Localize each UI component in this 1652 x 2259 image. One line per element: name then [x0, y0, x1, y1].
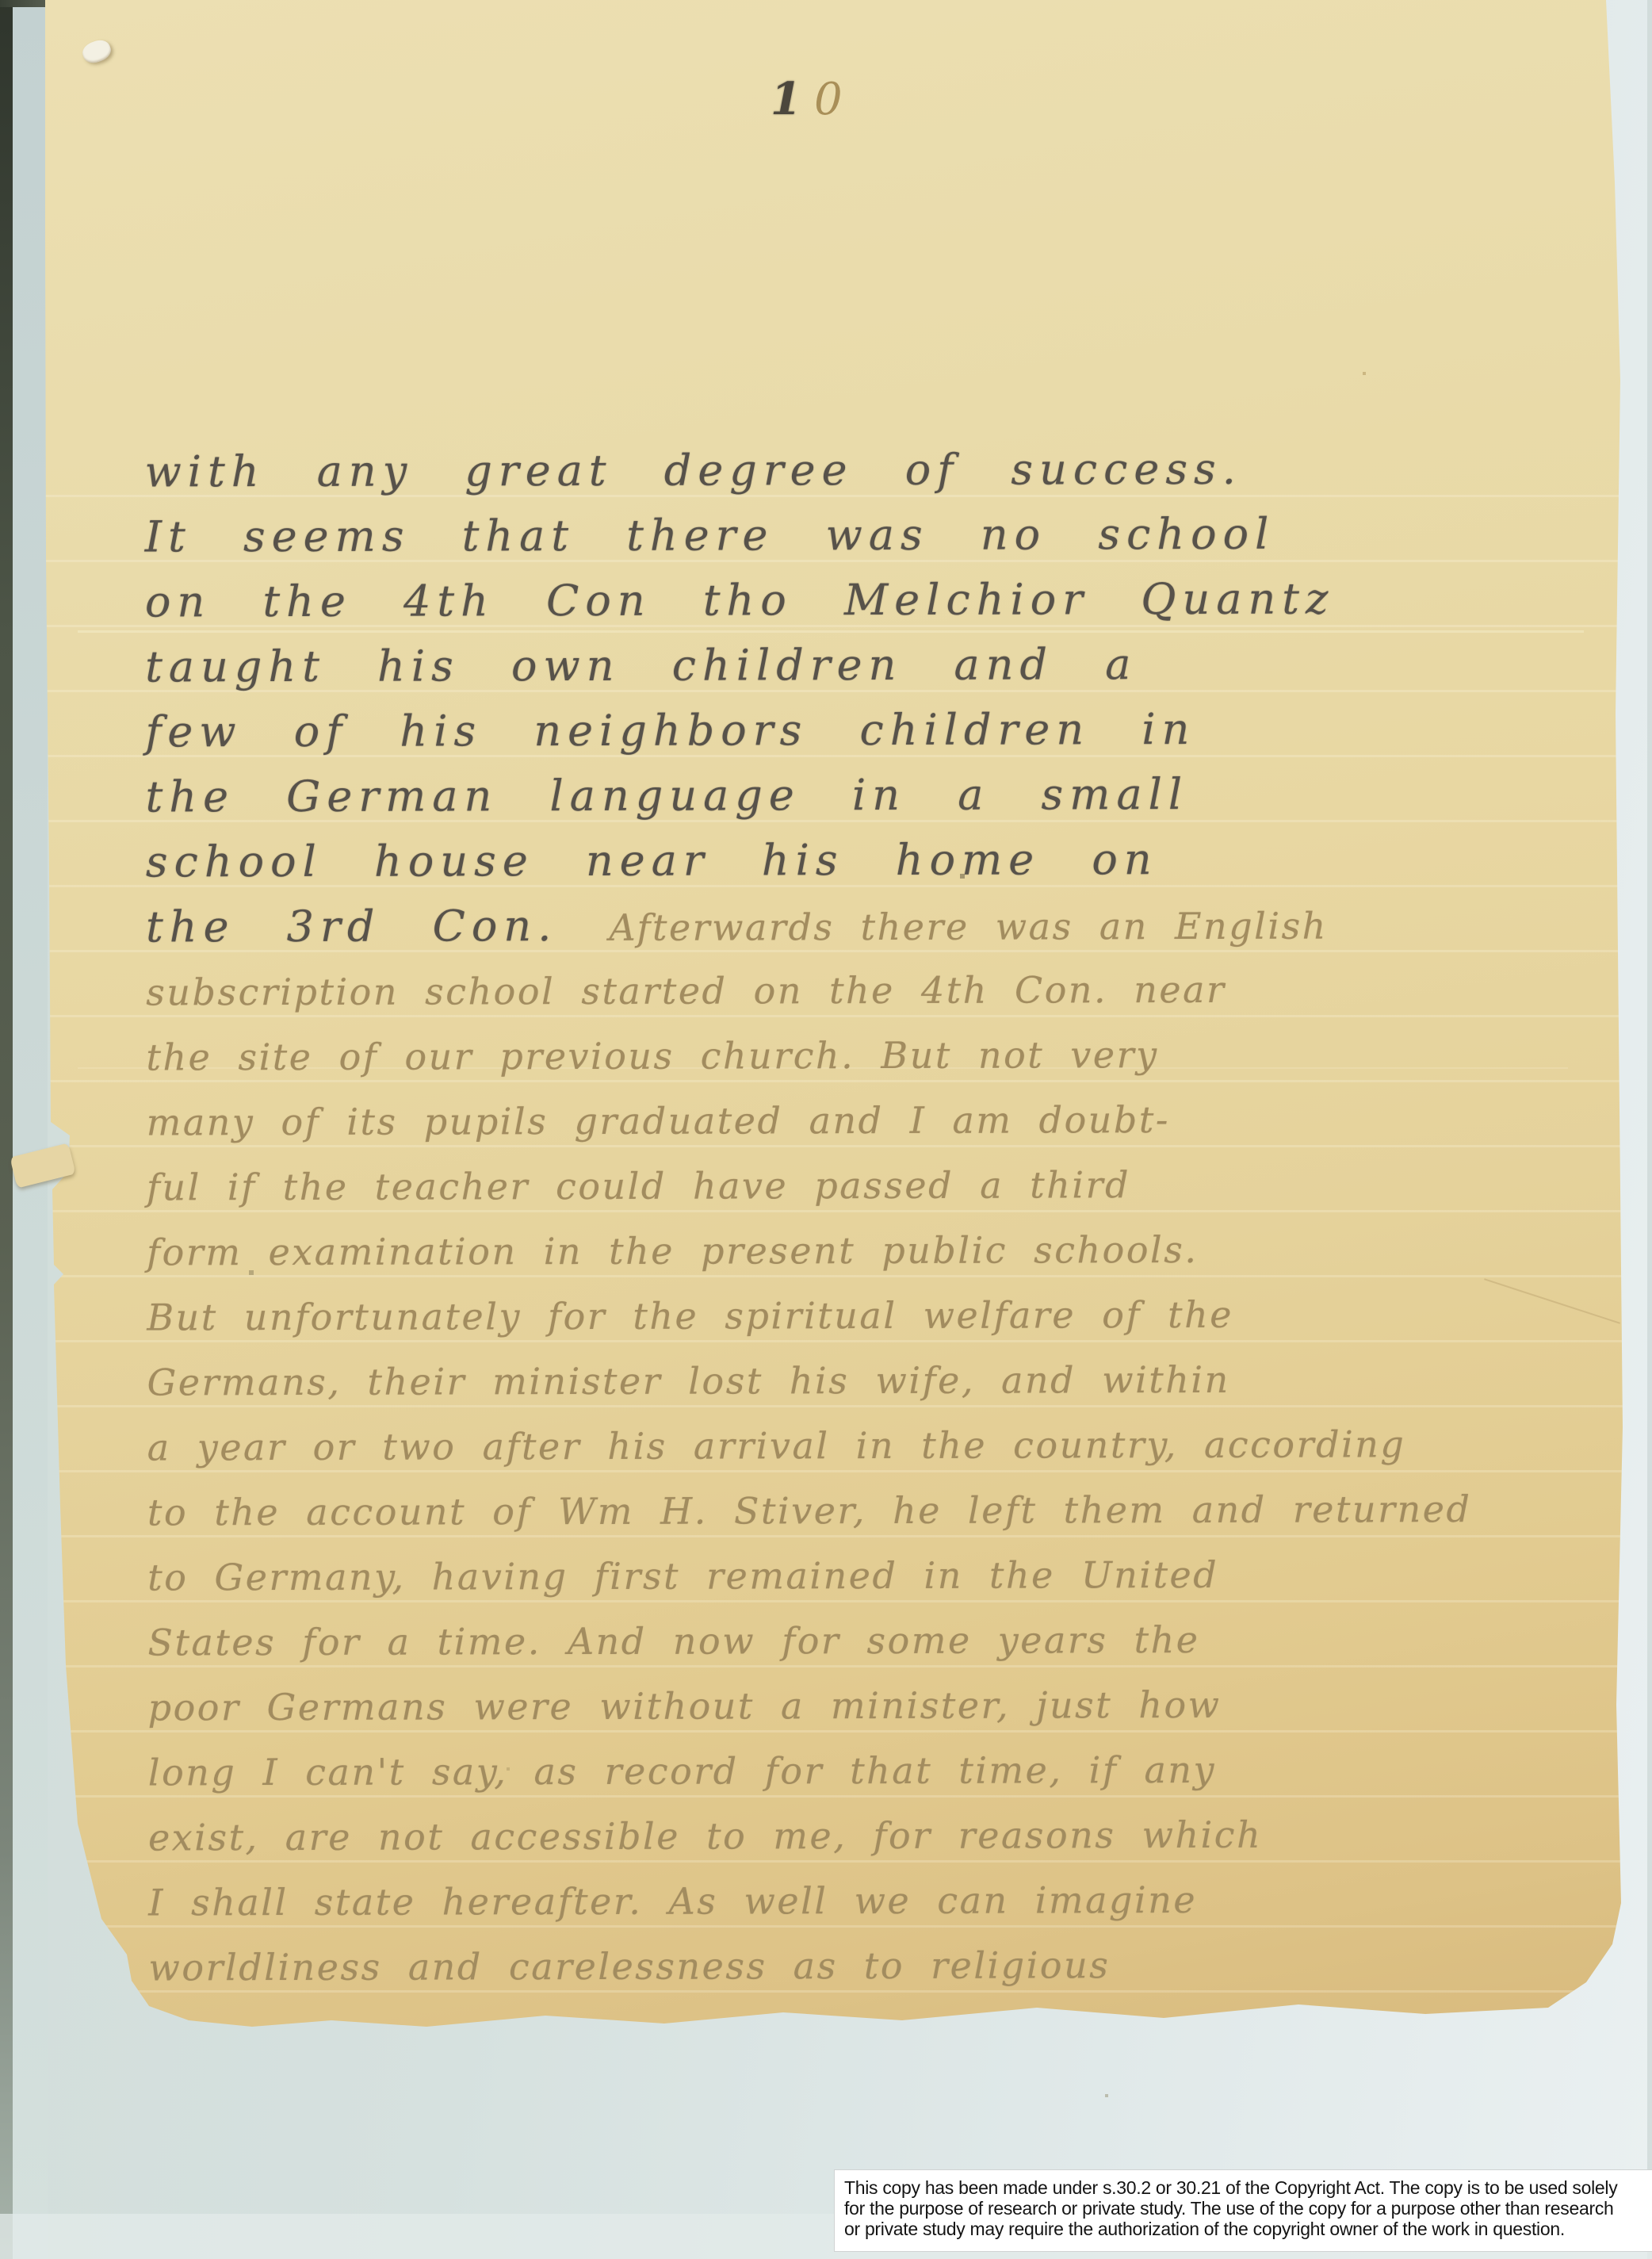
- handwriting-line: But unfortunately for the spiritual welf…: [147, 1281, 1625, 1350]
- handwriting-text: to Germany, having first remained in the…: [147, 1553, 1218, 1599]
- handwriting-line: the site of our previous church. But not…: [146, 1021, 1624, 1090]
- handwriting-text: with any great degree of success.: [144, 444, 1242, 497]
- handwriting-lines: with any great degree of success.It seem…: [144, 436, 1627, 2001]
- handwriting-line: form examination in the present public s…: [147, 1216, 1625, 1285]
- paper-specks: [0, 0, 2, 2]
- handwriting-text: exist, are not accessible to me, for rea…: [148, 1813, 1262, 1859]
- handwriting-text: It seems that there was no school: [145, 509, 1275, 562]
- handwriting-line: school house near his home on: [146, 826, 1624, 895]
- handwriting-line: exist, are not accessible to me, for rea…: [148, 1801, 1627, 1870]
- copyright-notice-line: for the purpose of research or private s…: [844, 2198, 1648, 2219]
- scanner-right-edge: [1647, 0, 1652, 2259]
- scanned-document: 10 with any great degree of success.It s…: [0, 0, 1652, 2259]
- handwriting-line: the 3rd Con. Afterwards there was an Eng…: [146, 891, 1624, 960]
- handwriting-text: poor Germans were without a minister, ju…: [148, 1683, 1222, 1729]
- scanner-margin-strip: [13, 0, 48, 2259]
- copyright-notice-line: This copy has been made under s.30.2 or …: [844, 2177, 1648, 2198]
- handwriting-line: taught his own children and a: [145, 631, 1623, 700]
- handwriting-text: few of his neighbors children in: [145, 704, 1195, 756]
- handwriting-line: on the 4th Con tho Melchior Quantz: [145, 566, 1623, 635]
- handwriting-line: a year or two after his arrival in the c…: [147, 1411, 1626, 1480]
- scanner-edge-strip: [0, 0, 13, 2259]
- handwriting-text: the German language in a small: [146, 769, 1189, 821]
- handwriting-line: I shall state hereafter. As well we can …: [148, 1867, 1627, 1935]
- handwriting-line: long I can't say, as record for that tim…: [148, 1736, 1627, 1805]
- handwriting-line: the German language in a small: [146, 761, 1624, 830]
- handwriting-text: school house near his home on: [146, 834, 1158, 886]
- handwriting-text: ful if the teacher could have passed a t…: [147, 1163, 1130, 1208]
- handwriting-text: But unfortunately for the spiritual welf…: [147, 1293, 1233, 1339]
- handwriting-text: I shall state hereafter. As well we can …: [148, 1878, 1197, 1924]
- handwriting-line: subscription school started on the 4th C…: [146, 956, 1624, 1025]
- handwriting-line: to Germany, having first remained in the…: [147, 1541, 1626, 1610]
- page-number: 10: [771, 73, 855, 125]
- handwriting-text: to the account of Wm H. Stiver, he left …: [147, 1487, 1472, 1533]
- handwriting-line: many of its pupils graduated and I am do…: [147, 1086, 1625, 1155]
- handwriting-text: the 3rd Con.: [146, 901, 610, 952]
- handwriting-text: form examination in the present public s…: [147, 1228, 1198, 1273]
- handwriting-text: Afterwards there was an English: [609, 905, 1327, 949]
- copyright-notice: This copy has been made under s.30.2 or …: [834, 2169, 1652, 2252]
- handwriting-text: long I can't say, as record for that tim…: [148, 1748, 1216, 1794]
- handwriting-text: the site of our previous church. But not…: [146, 1033, 1158, 1078]
- page-number-digit: 1: [771, 73, 814, 125]
- handwriting-text: subscription school started on the 4th C…: [146, 968, 1226, 1014]
- handwriting-text: States for a time. And now for some year…: [147, 1618, 1199, 1664]
- handwriting-text: taught his own children and a: [145, 639, 1137, 691]
- handwriting-text: a year or two after his arrival in the c…: [147, 1422, 1406, 1468]
- handwriting-line: with any great degree of success.: [144, 436, 1623, 505]
- handwriting-line: States for a time. And now for some year…: [147, 1606, 1626, 1675]
- handwriting-line: Germans, their minister lost his wife, a…: [147, 1346, 1625, 1415]
- page-number-digit: 0: [814, 74, 855, 125]
- copyright-notice-line: or private study may require the authori…: [844, 2219, 1648, 2239]
- handwriting-line: few of his neighbors children in: [145, 696, 1623, 765]
- handwriting-text: Germans, their minister lost his wife, a…: [147, 1358, 1229, 1404]
- handwriting-line: to the account of Wm H. Stiver, he left …: [147, 1476, 1626, 1545]
- handwriting-line: poor Germans were without a minister, ju…: [148, 1671, 1627, 1740]
- handwriting-text: many of its pupils graduated and I am do…: [147, 1098, 1170, 1143]
- handwriting-text: worldliness and carelessness as to relig…: [148, 1943, 1110, 1989]
- handwriting-line: worldliness and carelessness as to relig…: [148, 1932, 1627, 2001]
- handwriting-line: It seems that there was no school: [145, 501, 1623, 570]
- handwriting-line: ful if the teacher could have passed a t…: [147, 1151, 1625, 1220]
- handwriting-text: on the 4th Con tho Melchior Quantz: [145, 574, 1335, 627]
